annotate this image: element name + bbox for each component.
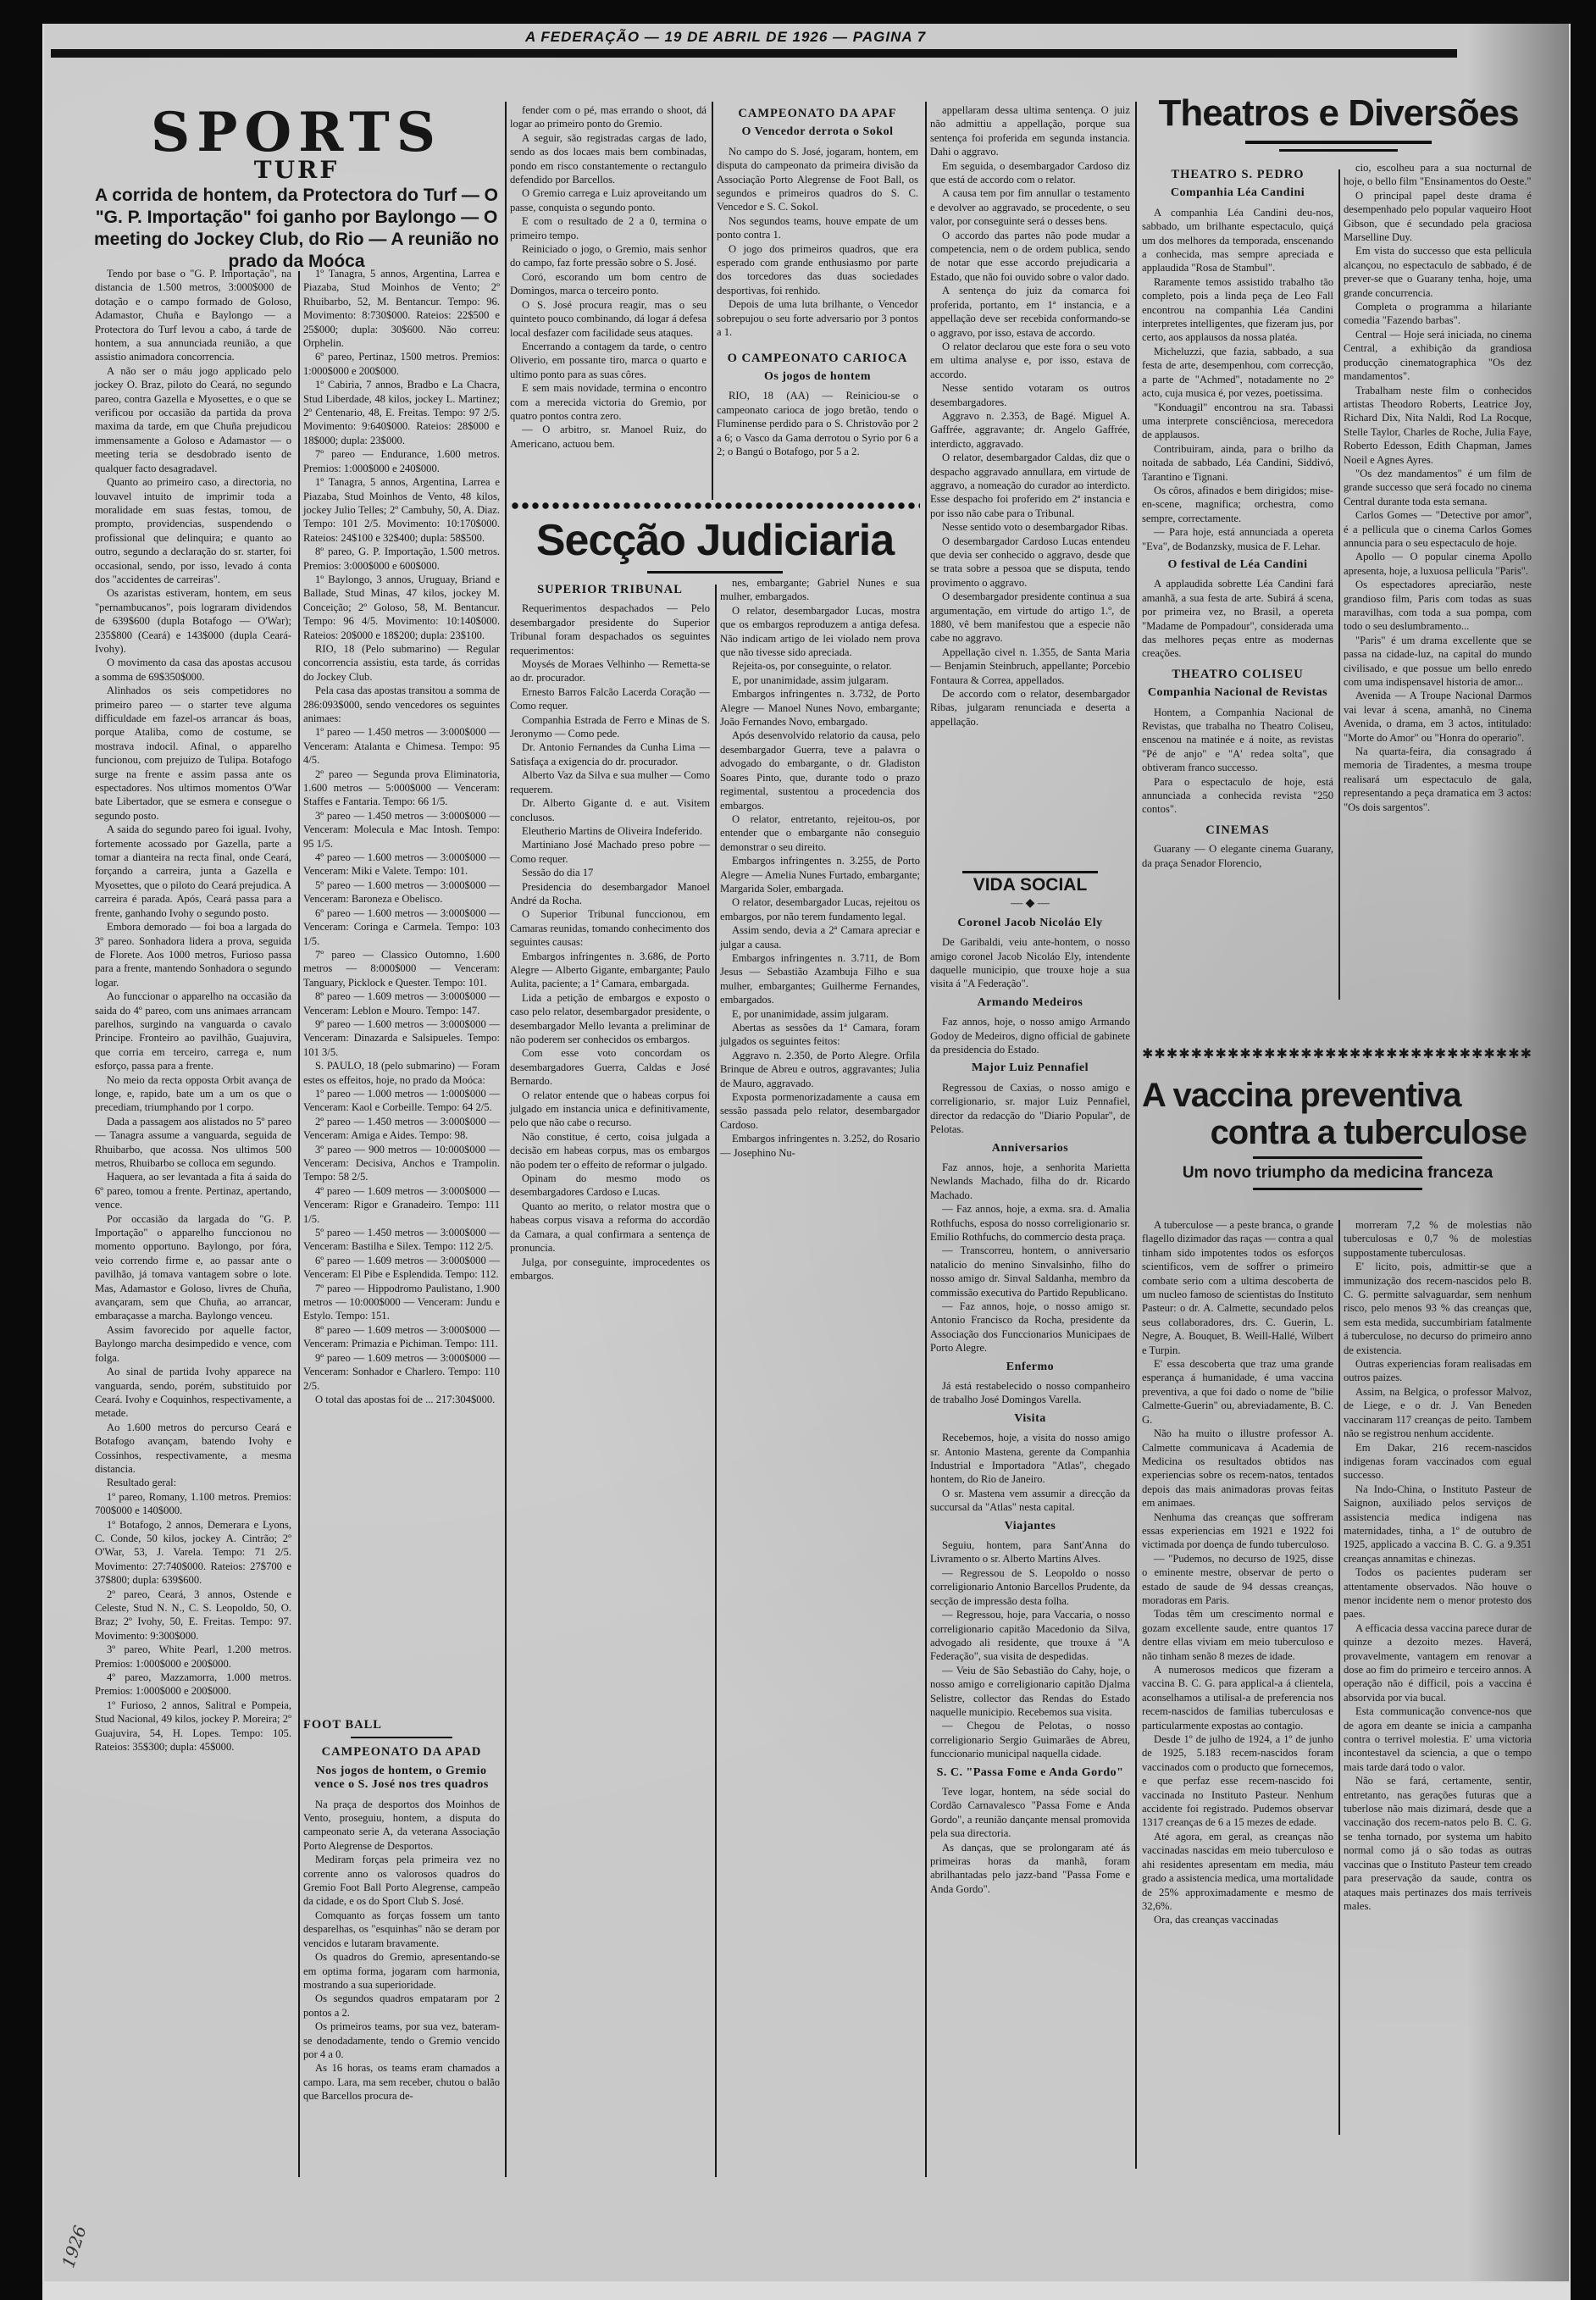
column-divider [505, 102, 507, 2177]
paragraph: — Faz annos, hoje, a exma. sra. d. Amali… [930, 1202, 1130, 1244]
paragraph: Esta communicação convence-nos que de ag… [1344, 1704, 1532, 1774]
paragraph: Os côros, afinados e bem dirigidos; mise… [1142, 484, 1333, 525]
theatros-column-b: cio, escolheu para a sua nocturnal de ho… [1344, 161, 1532, 814]
paragraph: Embargos infringentes n. 3.711, de Bom J… [720, 951, 920, 1007]
column-divider [715, 585, 717, 2177]
column-divider [1135, 102, 1137, 2169]
column-divider [298, 271, 300, 2177]
superior-tribunal-title: SUPERIOR TRIBUNAL [510, 583, 710, 596]
paragraph: "Konduagil" encontrou na sra. Tabassi um… [1142, 401, 1333, 442]
paragraph: Appellação civel n. 1.355, de Santa Mari… [930, 646, 1130, 687]
paragraph: 7º pareo — Classico Outomno, 1.600 metro… [303, 948, 500, 989]
paragraph: Assim sendo, devia a 2ª Camara apreciar … [720, 923, 920, 951]
vaccina-column-b: morreram 7,2 % de molestias não tubercul… [1344, 1218, 1532, 1913]
paragraph: 1º Cabiria, 7 annos, Bradbo e La Chacra,… [303, 378, 500, 447]
paragraph: A não ser o máu jogo applicado pelo jock… [95, 364, 291, 475]
vida-social-heading: Major Luiz Pennafiel [930, 1061, 1130, 1075]
football-body: Na praça de desportos dos Moinhos de Ven… [303, 1798, 500, 2103]
theatros-column-a: THEATRO S. PEDROCompanhia Léa CandiniA c… [1142, 161, 1333, 870]
vida-social-heading: Coronel Jacob Nicoláo Ely [930, 917, 1130, 930]
paragraph: Dada a passagem aos alistados no 5º pare… [95, 1115, 291, 1171]
football-title: FOOT BALL [303, 1718, 500, 1732]
paragraph: Requerimentos despachados — Pelo desemba… [510, 601, 710, 657]
paragraph: RIO, 18 (Pelo submarino) — Regular conco… [303, 642, 500, 684]
paragraph: Lida a petição de embargos e exposto o c… [510, 991, 710, 1047]
paragraph: — Chegou de Pelotas, o nosso correligion… [930, 1719, 1130, 1760]
paragraph: — Veiu de São Sebastião do Cahy, hoje, o… [930, 1664, 1130, 1720]
rule [1245, 141, 1432, 144]
rule [1253, 1188, 1422, 1190]
judiciaria-column-b: nes, embargante; Gabriel Nunes e sua mul… [720, 576, 920, 1160]
theatros-title: Theatros e Diversões [1144, 91, 1533, 136]
paragraph: Alinhados os seis competidores no primei… [95, 684, 291, 823]
paragraph: O S. José procura reagir, mas o seu quin… [510, 298, 707, 340]
paragraph: nes, embargante; Gabriel Nunes e sua mul… [720, 576, 920, 604]
paragraph: A efficacia dessa vaccina parece durar d… [1344, 1621, 1532, 1704]
paragraph: 2º pareo — Segunda prova Eliminatoria, 1… [303, 768, 500, 809]
paragraph: 8º pareo, G. P. Importação, 1.500 metros… [303, 545, 500, 573]
paragraph: E' licito, pois, admittir-se que a immun… [1344, 1260, 1532, 1357]
vida-social-heading: Visita [930, 1412, 1130, 1426]
paragraph: Julga, por conseguinte, improcedentes os… [510, 1255, 710, 1283]
paragraph: O total das apostas foi de ... 217:304$0… [303, 1393, 500, 1406]
vaccina-header: ✱✱✱✱✱✱✱✱✱✱✱✱✱✱✱✱✱✱✱✱✱✱✱✱✱✱✱✱✱✱✱✱✱✱✱✱✱✱✱✱… [1142, 1040, 1533, 1195]
paragraph: Guarany — O elegante cinema Guarany, da … [1142, 842, 1333, 870]
paragraph: Outras experiencias foram realisadas em … [1344, 1357, 1532, 1385]
paragraph: Desde 1º de julho de 1924, a 1º de junho… [1142, 1732, 1333, 1830]
paragraph: Teve logar, hontem, na séde social do Co… [930, 1785, 1130, 1841]
column-divider [1338, 1220, 1340, 2135]
paragraph: Na quarta-feira, dia consagrado á memori… [1344, 745, 1532, 814]
paragraph: Os espectadores apreciarão, neste grandi… [1344, 578, 1532, 634]
paragraph: Central — Hoje será iniciada, no cinema … [1344, 328, 1532, 384]
scan-border-left [0, 0, 42, 2300]
paragraph: 4º pareo, Mazzamorra, 1.000 metros. Prem… [95, 1671, 291, 1699]
paragraph: Seguiu, hontem, para Sant'Anna do Livram… [930, 1538, 1130, 1566]
paragraph: A sentença do juiz da comarca foi profer… [930, 284, 1130, 340]
paragraph: Apollo — O popular cinema Apollo apresen… [1344, 550, 1532, 578]
paragraph: Moysés de Moraes Velhinho — Remetta-se a… [510, 657, 710, 685]
paragraph: Embargos infringentes n. 3.732, de Porto… [720, 687, 920, 729]
paragraph: Dr. Alberto Gigante d. e aut. Visitem co… [510, 796, 710, 824]
subsection-heading: O festival de Léa Candini [1142, 558, 1333, 572]
paragraph: 5º pareo — 1.600 metros — 3:000$000 — Ve… [303, 878, 500, 906]
paragraph: 8º pareo — 1.609 metros — 3:000$000 — Ve… [303, 1323, 500, 1351]
paragraph: Companhia Estrada de Ferro e Minas de S.… [510, 713, 710, 741]
dotted-rule [510, 502, 920, 510]
paragraph: Em seguida, o desembargador Cardoso diz … [930, 159, 1130, 187]
turf-subtitle: TURF [93, 163, 500, 178]
paragraph: O movimento da casa das apostas accusou … [95, 656, 291, 684]
paragraph: Resultado geral: [95, 1476, 291, 1489]
paragraph: S. PAULO, 18 (pelo submarino) — Foram es… [303, 1059, 500, 1087]
paragraph: — Para hoje, está annunciada a opereta "… [1142, 525, 1333, 553]
rule [647, 571, 783, 574]
paragraph: 1º Furioso, 2 annos, Salitral e Pompeia,… [95, 1699, 291, 1754]
subsection-heading: Companhia Léa Candini [1142, 186, 1333, 200]
paragraph: Dr. Antonio Fernandes da Cunha Lima — Sa… [510, 740, 710, 768]
paragraph: Nenhuma das creanças que soffreram essas… [1142, 1510, 1333, 1552]
paragraph: Raramente temos assistido trabalho tão c… [1142, 275, 1333, 345]
paragraph: 1º Baylongo, 3 annos, Uruguay, Briand e … [303, 573, 500, 642]
vida-social-body: Coronel Jacob Nicoláo ElyDe Garibaldi, v… [930, 917, 1130, 1896]
paragraph: As danças, que se prolongaram até ás pri… [930, 1841, 1130, 1897]
paragraph: Pela casa das apostas transitou a somma … [303, 684, 500, 725]
sports-headline: A corrida de hontem, da Protectora do Tu… [93, 185, 500, 273]
vaccina-column-a: A tuberculose — a peste branca, o grande… [1142, 1218, 1333, 1927]
paragraph: fender com o pé, mas errando o shoot, dá… [510, 103, 707, 131]
paragraph: Os segundos quadros empataram por 2 pont… [303, 1992, 500, 2020]
paragraph: Opinam do mesmo modo os desembargadores … [510, 1172, 710, 1200]
judiciaria-column-a: SUPERIOR TRIBUNAL Requerimentos despacha… [510, 576, 710, 1283]
paragraph: — Faz annos, hoje, o nosso amigo sr. Ant… [930, 1300, 1130, 1355]
paragraph: Sessão do dia 17 [510, 866, 710, 879]
paragraph: Exposta pormenorizadamente a causa em se… [720, 1090, 920, 1132]
paragraph: Contribuiram, ainda, para o brilho da no… [1142, 442, 1333, 484]
paragraph: Completa o programma a hilariante comedi… [1344, 300, 1532, 328]
paragraph: Todas têm um crescimento normal e gozam … [1142, 1607, 1333, 1663]
paragraph: O sr. Mastena vem assumir a direcção da … [930, 1487, 1130, 1515]
paragraph: Assim favorecido por aquelle factor, Bay… [95, 1323, 291, 1365]
paragraph: Para o espectaculo de hoje, está annunci… [1142, 775, 1333, 817]
paragraph: Ernesto Barros Falcão Lacerda Coração — … [510, 685, 710, 713]
paragraph: O jogo dos primeiros quadros, que era es… [717, 242, 918, 298]
paragraph: Faz annos, hoje, o nosso amigo Armando G… [930, 1015, 1130, 1056]
section-heading: THEATRO S. PEDRO [1142, 168, 1333, 181]
paragraph: Trabalham neste film o conhecidos artist… [1344, 384, 1532, 467]
paragraph: Coró, escorando um bom centro de Domingo… [510, 270, 707, 298]
paragraph: Não se fará, certamente, sentir, entreta… [1344, 1774, 1532, 1913]
paragraph: cio, escolheu para a sua nocturnal de ho… [1344, 161, 1532, 189]
apaf-headline: O Vencedor derrota o Sokol [717, 125, 918, 139]
paragraph: O relator, entretanto, rejeitou-os, por … [720, 812, 920, 854]
rule [962, 871, 1098, 873]
paragraph: No campo do S. José, jogaram, hontem, em… [717, 145, 918, 214]
paragraph: 2º pareo, Ceará, 3 annos, Ostende e Cele… [95, 1588, 291, 1643]
paragraph: De accordo com o relator, desembargador … [930, 687, 1130, 729]
paragraph: Na praça de desportos dos Moinhos de Ven… [303, 1798, 500, 1854]
judiciaria-continuation: appellaram dessa ultima sentença. O juiz… [930, 103, 1130, 729]
paragraph: A causa tem por fim annullar o testament… [930, 186, 1130, 228]
paragraph: morreram 7,2 % de molestias não tubercul… [1344, 1218, 1532, 1260]
paragraph: Por occasião da largada do "G. P. Import… [95, 1212, 291, 1323]
paragraph: 6º pareo, Pertinaz, 1500 metros. Premios… [303, 350, 500, 378]
paragraph: Não constitue, é certo, coisa julgada a … [510, 1130, 710, 1172]
paragraph: A numerosos medicos que fizeram a vaccin… [1142, 1663, 1333, 1732]
paragraph: Os primeiros teams, por sua vez, bateram… [303, 2020, 500, 2061]
paragraph: 2º pareo — 1.450 metros — 3:000$000 — Ve… [303, 1115, 500, 1143]
paragraph: A seguir, são registradas cargas de lado… [510, 131, 707, 187]
section-heading: THEATRO COLISEU [1142, 668, 1333, 681]
paragraph: Ora, das creanças vaccinadas [1142, 1913, 1333, 1926]
paragraph: E' essa descoberta que traz uma grande e… [1142, 1357, 1333, 1427]
paragraph: E sem mais novidade, termina o encontro … [510, 381, 707, 423]
star-rule: ✱✱✱✱✱✱✱✱✱✱✱✱✱✱✱✱✱✱✱✱✱✱✱✱✱✱✱✱✱✱✱✱✱✱✱✱✱✱✱✱… [1142, 1045, 1533, 1061]
paragraph: 6º pareo — 1.600 metros — 3:000$000 — Ve… [303, 906, 500, 948]
paragraph: 1º Tanagra, 5 annos, Argentina, Larrea e… [303, 475, 500, 545]
sports-column-1: Tendo por base o "G. P. Importação", na … [95, 267, 291, 1754]
paragraph: Presidencia do desembargador Manoel Andr… [510, 880, 710, 908]
paragraph: A applaudida sobrette Léa Candini fará a… [1142, 577, 1333, 660]
paragraph: — Transcorreu, hontem, o anniversario na… [930, 1244, 1130, 1300]
paragraph: Quanto ao primeiro caso, a directoria, n… [95, 475, 291, 586]
paragraph: Ao 1.600 metros do percurso Ceará e Bota… [95, 1421, 291, 1477]
paragraph: Já está restabelecido o nosso companheir… [930, 1379, 1130, 1407]
paragraph: 7º pareo — Hippodromo Paulistano, 1.900 … [303, 1282, 500, 1323]
apaf-section: CAMPEONATO DA APAF O Vencedor derrota o … [717, 100, 918, 458]
paragraph: 1º pareo, Romany, 1.100 metros. Premios:… [95, 1490, 291, 1518]
sports-title: SPORTS [93, 103, 500, 163]
paragraph: Recebemos, hoje, a visita do nosso amigo… [930, 1431, 1130, 1487]
paragraph: Comquanto as forças fossem um tanto desp… [303, 1909, 500, 1950]
paragraph: 1º pareo — 1.450 metros — 3:000$000 — Ve… [303, 725, 500, 767]
vida-social-heading: S. C. "Passa Fome e Anda Gordo" [930, 1766, 1130, 1780]
vaccina-title-line1: A vaccina preventiva [1142, 1077, 1533, 1114]
vaccina-title-line2: contra a tuberculose [1142, 1114, 1533, 1151]
ornament: — ◆ — [930, 897, 1130, 911]
paragraph: O Superior Tribunal funccionou, em Camar… [510, 907, 710, 949]
paragraph: E, por unanimidade, assim julgaram. [720, 1007, 920, 1021]
paragraph: Depois de uma luta brilhante, o Vencedor… [717, 297, 918, 339]
paragraph: Eleutherio Martins de Oliveira Indeferid… [510, 824, 710, 838]
paragraph: 3º pareo — 900 metros — 10:000$000 — Ven… [303, 1143, 500, 1184]
paragraph: Embargos infringentes n. 3.255, de Porto… [720, 854, 920, 895]
paragraph: "Os dez mandamentos" é um film de grande… [1344, 467, 1532, 508]
vida-social-heading: Enfermo [930, 1361, 1130, 1374]
paragraph: As 16 horas, os teams eram chamados a ca… [303, 2061, 500, 2103]
paragraph: Ao funccionar o apparelho na occasião da… [95, 989, 291, 1072]
paragraph: Até agora, em geral, as creanças não vac… [1142, 1830, 1333, 1913]
paragraph: O relator entende que o habeas corpus fo… [510, 1089, 710, 1130]
paragraph: Ao sinal de partida Ivohy apparece na va… [95, 1365, 291, 1421]
judiciaria-header: Secção Judiciaria [510, 496, 920, 579]
paragraph: 1º Tanagra, 5 annos, Argentina, Larrea e… [303, 267, 500, 350]
paragraph: Rejeita-os, por conseguinte, o relator. [720, 659, 920, 673]
carioca-body: RIO, 18 (AA) — Reiniciou-se o campeonato… [717, 389, 918, 458]
vida-social-heading: Viajantes [930, 1520, 1130, 1533]
paragraph: Após desenvolvido relatorio da causa, pe… [720, 729, 920, 812]
carioca-headline: Os jogos de hontem [717, 370, 918, 384]
vida-social-heading: Armando Medeiros [930, 996, 1130, 1010]
paragraph: appellaram dessa ultima sentença. O juiz… [930, 103, 1130, 159]
sports-column-2: 1º Tanagra, 5 annos, Argentina, Larrea e… [303, 267, 500, 1406]
paragraph: O relator, desembargador Lucas, mostra q… [720, 604, 920, 660]
paragraph: Embora demorado — foi boa a largada do 3… [95, 920, 291, 989]
sports-header: SPORTS TURF A corrida de hontem, da Prot… [93, 100, 500, 281]
paragraph: Quanto ao merito, o relator mostra que o… [510, 1200, 710, 1255]
paragraph: Haquera, ao ser levantada a fita á saida… [95, 1170, 291, 1211]
paragraph: No meio da recta opposta Orbit avança de… [95, 1073, 291, 1115]
paragraph: 8º pareo — 1.609 metros — 3:000$000 — Ve… [303, 989, 500, 1017]
paragraph: Em vista do successo que esta pellicula … [1344, 244, 1532, 300]
section-heading: CINEMAS [1142, 823, 1333, 837]
paragraph: Assim, na Belgica, o professor Malvoz, d… [1344, 1385, 1532, 1441]
paragraph: Os quadros do Gremio, apresentando-se em… [303, 1950, 500, 1992]
paragraph: Mediram forças pela primeira vez no corr… [303, 1853, 500, 1909]
rule [351, 1737, 452, 1738]
paragraph: Em Dakar, 216 recem-nascidos indigenas f… [1344, 1441, 1532, 1483]
paragraph: 3º pareo — 1.450 metros — 3:000$000 — Ve… [303, 809, 500, 851]
paragraph: Nesse sentido voto o desembargador Ribas… [930, 520, 1130, 534]
paragraph: 1º Botafogo, 2 annos, Demerara e Lyons, … [95, 1518, 291, 1588]
apaf-title: CAMPEONATO DA APAF [717, 107, 918, 120]
paragraph: Na Indo-China, o Instituto Pasteur de Sa… [1344, 1483, 1532, 1566]
paragraph: O principal papel deste drama é desempen… [1344, 189, 1532, 245]
masthead-rule [51, 49, 1457, 58]
judiciaria-text-a: Requerimentos despachados — Pelo desemba… [510, 601, 710, 1283]
paragraph: O Gremio carrega e Luiz aproveitando um … [510, 186, 707, 214]
paragraph: 1º pareo — 1.000 metros — 1:000$000 — Ve… [303, 1087, 500, 1115]
paragraph: O desembargador Cardoso Lucas entendeu q… [930, 535, 1130, 590]
paragraph: 4º pareo — 1.609 metros — 3:000$000 — Ve… [303, 1184, 500, 1226]
carioca-title: O CAMPEONATO CARIOCA [717, 352, 918, 365]
scan-border-top [0, 0, 1596, 24]
vida-social: VIDA SOCIAL — ◆ — Coronel Jacob Nicoláo … [930, 866, 1130, 1896]
vaccina-subtitle: Um novo triumpho da medicina franceza [1142, 1164, 1533, 1183]
paragraph: 9º pareo — 1.600 metros — 3:000$000 — Ve… [303, 1017, 500, 1059]
paragraph: Aggravo n. 2.350, de Porto Alegre. Orfil… [720, 1049, 920, 1090]
vida-social-heading: Anniversarios [930, 1142, 1130, 1156]
paragraph: — Regressou de S. Leopoldo o nosso corre… [930, 1566, 1130, 1608]
paragraph: O relator, desembargador Lucas, rejeitou… [720, 895, 920, 923]
paragraph: — Regressou, hoje, para Vaccaria, o noss… [930, 1608, 1130, 1664]
paragraph: Nesse sentido votaram os outros desembar… [930, 381, 1130, 409]
paragraph: Encerrando a contagem da tarde, o centro… [510, 340, 707, 381]
paragraph: Regressou de Caxias, o nosso amigo e cor… [930, 1081, 1130, 1137]
rule [1253, 1156, 1422, 1159]
paragraph: 7º pareo — Endurance, 1.600 metros. Prem… [303, 447, 500, 475]
paragraph: Todos os pacientes puderam ser attentame… [1344, 1566, 1532, 1621]
football-headline: Nos jogos de hontem, o Gremio vence o S.… [303, 1765, 500, 1793]
judiciaria-title: Secção Judiciaria [510, 515, 920, 566]
paragraph: A tuberculose — a peste branca, o grande… [1142, 1218, 1333, 1357]
masthead: A FEDERAÇÃO — 19 DE ABRIL DE 1926 — PAGI… [525, 29, 926, 46]
paragraph: — O arbitro, sr. Manoel Ruiz, do America… [510, 423, 707, 451]
paragraph: Faz annos, hoje, a senhorita Marietta Ne… [930, 1161, 1130, 1202]
vida-social-title: VIDA SOCIAL [930, 878, 1130, 892]
paragraph: 9º pareo — 1.609 metros — 3:000$000 — Ve… [303, 1351, 500, 1393]
paragraph: Avenida — A Troupe Nacional Darmos vai l… [1344, 689, 1532, 745]
paragraph: O accordo das partes não pode mudar a co… [930, 229, 1130, 285]
paragraph: O relator, desembargador Caldas, diz que… [930, 451, 1130, 520]
paragraph: 6º pareo — 1.609 metros — 3:000$000 — Ve… [303, 1254, 500, 1282]
paragraph: "Paris" é um drama excellente que se pas… [1344, 634, 1532, 690]
paragraph: O relator declarou que este fora o seu v… [930, 340, 1130, 381]
paragraph: E, por unanimidade, assim julgaram. [720, 673, 920, 687]
paragraph: Alberto Vaz da Silva e sua mulher — Como… [510, 768, 710, 796]
paragraph: Reiniciado o jogo, o Gremio, mais senhor… [510, 242, 707, 270]
rule [1279, 149, 1398, 152]
apaf-body: No campo do S. José, jogaram, hontem, em… [717, 145, 918, 340]
paragraph: — "Pudemos, no decurso de 1925, disse o … [1142, 1552, 1333, 1608]
theatros-header: Theatros e Diversões [1144, 91, 1533, 157]
paragraph: E com o resultado de 2 a 0, termina o pr… [510, 214, 707, 242]
paragraph: 5º pareo — 1.450 metros — 3:000$000 — Ve… [303, 1226, 500, 1254]
paragraph: Embargos infringentes n. 3.686, de Porto… [510, 950, 710, 991]
paragraph: Carlos Gomes — "Detective por amor", é a… [1344, 508, 1532, 550]
paragraph: 4º pareo — 1.600 metros — 3:000$000 — Ve… [303, 851, 500, 878]
football-continuation: fender com o pé, mas errando o shoot, dá… [510, 103, 707, 451]
paragraph: Micheluzzi, que fazia, sabbado, a sua fe… [1142, 345, 1333, 401]
paragraph: Tendo por base o "G. P. Importação", na … [95, 267, 291, 364]
paragraph: O desembargador presidente continua a su… [930, 590, 1130, 646]
column-divider [925, 102, 927, 2177]
column-divider [712, 102, 713, 500]
paragraph: Com esse voto concordam os desembargador… [510, 1046, 710, 1088]
football-section: FOOT BALL CAMPEONATO DA APAD Nos jogos d… [303, 1711, 500, 2103]
paragraph: Nos segundos teams, houve empate de um p… [717, 214, 918, 242]
paragraph: RIO, 18 (AA) — Reiniciou-se o campeonato… [717, 389, 918, 458]
paragraph: Embargos infringentes n. 3.252, do Rosar… [720, 1132, 920, 1160]
scan-border-right [1571, 0, 1596, 2300]
paragraph: A saida do segundo pareo foi igual. Ivoh… [95, 823, 291, 920]
paragraph: Não ha muito o illustre professor A. Cal… [1142, 1427, 1333, 1510]
subsection-heading: Companhia Nacional de Revistas [1142, 686, 1333, 700]
paragraph: A companhia Léa Candini deu-nos, sabbado… [1142, 206, 1333, 275]
football-section-title: CAMPEONATO DA APAD [303, 1745, 500, 1759]
paragraph: Os azaristas estiveram, hontem, em seus … [95, 586, 291, 656]
paragraph: Abertas as sessões da 1ª Camara, foram j… [720, 1021, 920, 1049]
paragraph: 3º pareo, White Pearl, 1.200 metros. Pre… [95, 1643, 291, 1671]
paragraph: De Garibaldi, veiu ante-hontem, o nosso … [930, 935, 1130, 991]
paragraph: Martiniano José Machado preso pobre — Co… [510, 838, 710, 866]
paragraph: Aggravo n. 2.353, de Bagé. Miguel A. Gaf… [930, 409, 1130, 451]
paragraph: Hontem, a Companhia Nacional de Revistas… [1142, 706, 1333, 775]
column-divider [1338, 169, 1340, 1000]
